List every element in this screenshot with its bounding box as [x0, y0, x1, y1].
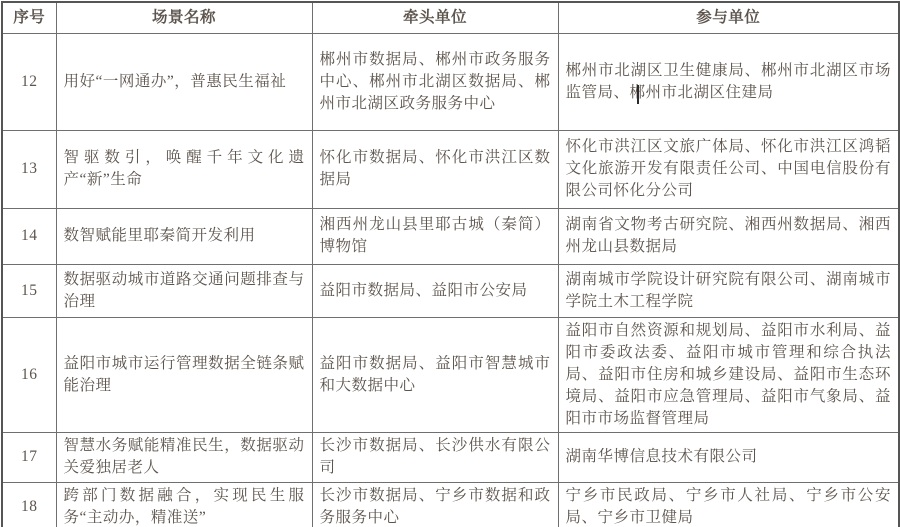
cell-scene-name: 益阳市城市运行管理数据全链条赋能治理	[56, 317, 312, 432]
cell-serial-number: 15	[2, 264, 56, 317]
cell-lead-unit: 怀化市数据局、怀化市洪江区数据局	[312, 130, 558, 208]
text-cursor[interactable]	[637, 85, 639, 104]
cell-serial-number: 13	[2, 130, 56, 208]
cell-scene-name: 智慧水务赋能精准民生，数据驱动关爱独居老人	[56, 432, 312, 482]
document-page: 序号 场景名称 牵头单位 参与单位 12 用好“一网通办”，普惠民生福祉 郴州市…	[0, 0, 900, 527]
cell-participating-units: 湖南省文物考古研究院、湘西州数据局、湘西州龙山县数据局	[558, 208, 899, 264]
header-row: 序号 场景名称 牵头单位 参与单位	[2, 2, 899, 33]
cell-participating-units: 宁乡市民政局、宁乡市人社局、宁乡市公安局、宁乡市卫健局	[558, 482, 899, 527]
cell-lead-unit: 湘西州龙山县里耶古城（秦简）博物馆	[312, 208, 558, 264]
cell-scene-name: 跨部门数据融合，实现民生服务“主动办，精准送”	[56, 482, 312, 527]
cell-scene-name: 用好“一网通办”，普惠民生福祉	[56, 33, 312, 130]
table-row: 13 智驱数引，唤醒千年文化遗产“新”生命 怀化市数据局、怀化市洪江区数据局 怀…	[2, 130, 899, 208]
cell-participating-units: 郴州市北湖区卫生健康局、郴州市北湖区市场监管局、郴州市北湖区住建局	[558, 33, 899, 130]
cell-serial-number: 14	[2, 208, 56, 264]
cell-lead-unit: 长沙市数据局、宁乡市数据和政务服务中心	[312, 482, 558, 527]
cell-participating-units: 怀化市洪江区文旅广体局、怀化市洪江区鸿韬文化旅游开发有限责任公司、中国电信股份有…	[558, 130, 899, 208]
cell-serial-number: 12	[2, 33, 56, 130]
table-row: 14 数智赋能里耶秦简开发利用 湘西州龙山县里耶古城（秦简）博物馆 湖南省文物考…	[2, 208, 899, 264]
table-row: 15 数据驱动城市道路交通问题排查与治理 益阳市数据局、益阳市公安局 湖南城市学…	[2, 264, 899, 317]
cell-scene-name: 智驱数引，唤醒千年文化遗产“新”生命	[56, 130, 312, 208]
cell-lead-unit: 长沙市数据局、长沙供水有限公司	[312, 432, 558, 482]
column-header: 序号	[2, 2, 56, 33]
column-header: 牵头单位	[312, 2, 558, 33]
table-row: 16 益阳市城市运行管理数据全链条赋能治理 益阳市数据局、益阳市智慧城市和大数据…	[2, 317, 899, 432]
cell-lead-unit: 益阳市数据局、益阳市智慧城市和大数据中心	[312, 317, 558, 432]
cell-scene-name: 数智赋能里耶秦简开发利用	[56, 208, 312, 264]
cell-serial-number: 17	[2, 432, 56, 482]
scenario-table: 序号 场景名称 牵头单位 参与单位 12 用好“一网通办”，普惠民生福祉 郴州市…	[1, 1, 900, 527]
column-header: 参与单位	[558, 2, 899, 33]
cell-participating-units: 益阳市自然资源和规划局、益阳市水利局、益阳市委政法委、益阳市城市管理和综合执法局…	[558, 317, 899, 432]
cell-serial-number: 18	[2, 482, 56, 527]
table-row: 18 跨部门数据融合，实现民生服务“主动办，精准送” 长沙市数据局、宁乡市数据和…	[2, 482, 899, 527]
table-row: 17 智慧水务赋能精准民生，数据驱动关爱独居老人 长沙市数据局、长沙供水有限公司…	[2, 432, 899, 482]
cell-participating-units: 湖南华博信息技术有限公司	[558, 432, 899, 482]
cell-participating-units: 湖南城市学院设计研究院有限公司、湖南城市学院土木工程学院	[558, 264, 899, 317]
cell-scene-name: 数据驱动城市道路交通问题排查与治理	[56, 264, 312, 317]
cell-lead-unit: 郴州市数据局、郴州市政务服务中心、郴州市北湖区数据局、郴州市北湖区政务服务中心	[312, 33, 558, 130]
cell-lead-unit: 益阳市数据局、益阳市公安局	[312, 264, 558, 317]
table-row: 12 用好“一网通办”，普惠民生福祉 郴州市数据局、郴州市政务服务中心、郴州市北…	[2, 33, 899, 130]
column-header: 场景名称	[56, 2, 312, 33]
cell-serial-number: 16	[2, 317, 56, 432]
